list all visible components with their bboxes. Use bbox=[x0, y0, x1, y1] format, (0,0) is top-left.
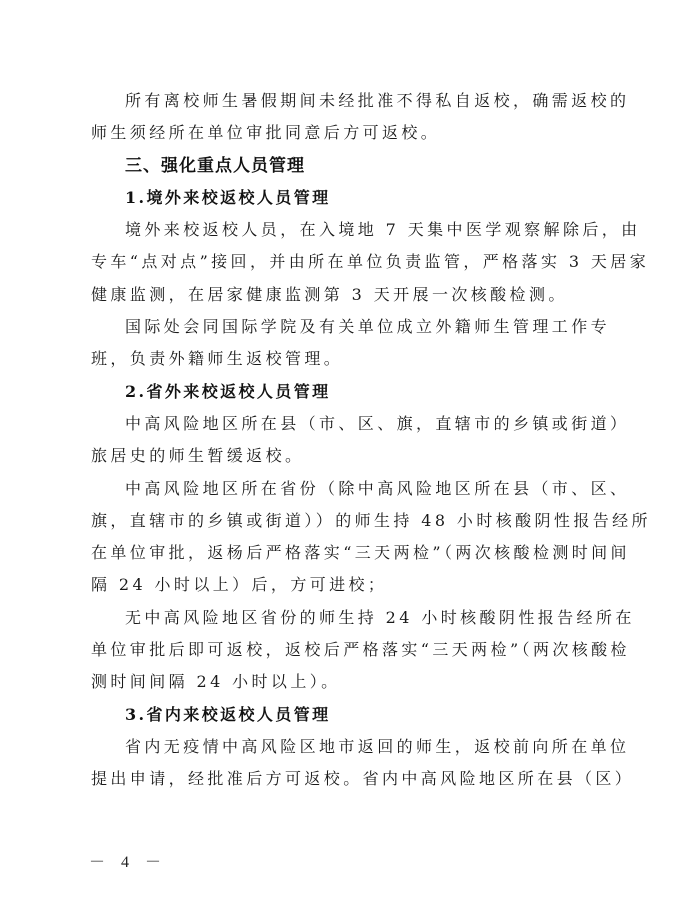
subsection-heading: 2.省外来校返校人员管理 bbox=[91, 376, 597, 408]
text-line: 境外来校返校人员，在入境地 7 天集中医学观察解除后，由 bbox=[91, 214, 597, 246]
text-line: 中高风险地区所在省份（除中高风险地区所在县（市、区、 bbox=[91, 473, 597, 505]
text-line: 在单位审批，返杨后严格落实“三天两检”（两次核酸检测时间间 bbox=[91, 537, 597, 569]
page-number: － 4 － bbox=[89, 849, 167, 872]
text-line: 旅居史的师生暂缓返校。 bbox=[91, 440, 597, 472]
text-line: 旗，直辖市的乡镇或街道））的师生持 48 小时核酸阴性报告经所 bbox=[91, 505, 597, 537]
text-line: 所有离校师生暑假期间未经批准不得私自返校，确需返校的 bbox=[91, 85, 597, 117]
paragraph: 所有离校师生暑假期间未经批准不得私自返校，确需返校的 师生须经所在单位审批同意后… bbox=[91, 85, 597, 150]
document-body: 所有离校师生暑假期间未经批准不得私自返校，确需返校的 师生须经所在单位审批同意后… bbox=[91, 85, 597, 796]
paragraph: 无中高风险地区省份的师生持 24 小时核酸阴性报告经所在 单位审批后即可返校，返… bbox=[91, 602, 597, 699]
text-line: 国际处会同国际学院及有关单位成立外籍师生管理工作专 bbox=[91, 311, 597, 343]
text-line: 专车“点对点”接回，并由所在单位负责监管，严格落实 3 天居家 bbox=[91, 246, 597, 278]
text-line: 中高风险地区所在县（市、区、旗，直辖市的乡镇或街道） bbox=[91, 408, 597, 440]
paragraph: 中高风险地区所在省份（除中高风险地区所在县（市、区、 旗，直辖市的乡镇或街道））… bbox=[91, 473, 597, 602]
paragraph: 中高风险地区所在县（市、区、旗，直辖市的乡镇或街道） 旅居史的师生暂缓返校。 bbox=[91, 408, 597, 473]
text-line: 测时间间隔 24 小时以上）。 bbox=[91, 666, 597, 698]
paragraph: 境外来校返校人员，在入境地 7 天集中医学观察解除后，由 专车“点对点”接回，并… bbox=[91, 214, 597, 311]
text-line: 无中高风险地区省份的师生持 24 小时核酸阴性报告经所在 bbox=[91, 602, 597, 634]
paragraph: 国际处会同国际学院及有关单位成立外籍师生管理工作专 班，负责外籍师生返校管理。 bbox=[91, 311, 597, 376]
document-page: 所有离校师生暑假期间未经批准不得私自返校，确需返校的 师生须经所在单位审批同意后… bbox=[0, 0, 679, 901]
paragraph: 省内无疫情中高风险区地市返回的师生，返校前向所在单位 提出申请，经批准后方可返校… bbox=[91, 731, 597, 796]
subsection-heading: 1.境外来校返校人员管理 bbox=[91, 182, 597, 214]
text-line: 单位审批后即可返校，返校后严格落实“三天两检”（两次核酸检 bbox=[91, 634, 597, 666]
text-line: 师生须经所在单位审批同意后方可返校。 bbox=[91, 117, 597, 149]
subsection-heading: 3.省内来校返校人员管理 bbox=[91, 699, 597, 731]
text-line: 提出申请，经批准后方可返校。省内中高风险地区所在县（区） bbox=[91, 763, 597, 795]
text-line: 班，负责外籍师生返校管理。 bbox=[91, 343, 597, 375]
section-heading: 三、强化重点人员管理 bbox=[91, 150, 597, 182]
text-line: 健康监测，在居家健康监测第 3 天开展一次核酸检测。 bbox=[91, 279, 597, 311]
text-line: 隔 24 小时以上）后，方可进校； bbox=[91, 569, 597, 601]
text-line: 省内无疫情中高风险区地市返回的师生，返校前向所在单位 bbox=[91, 731, 597, 763]
